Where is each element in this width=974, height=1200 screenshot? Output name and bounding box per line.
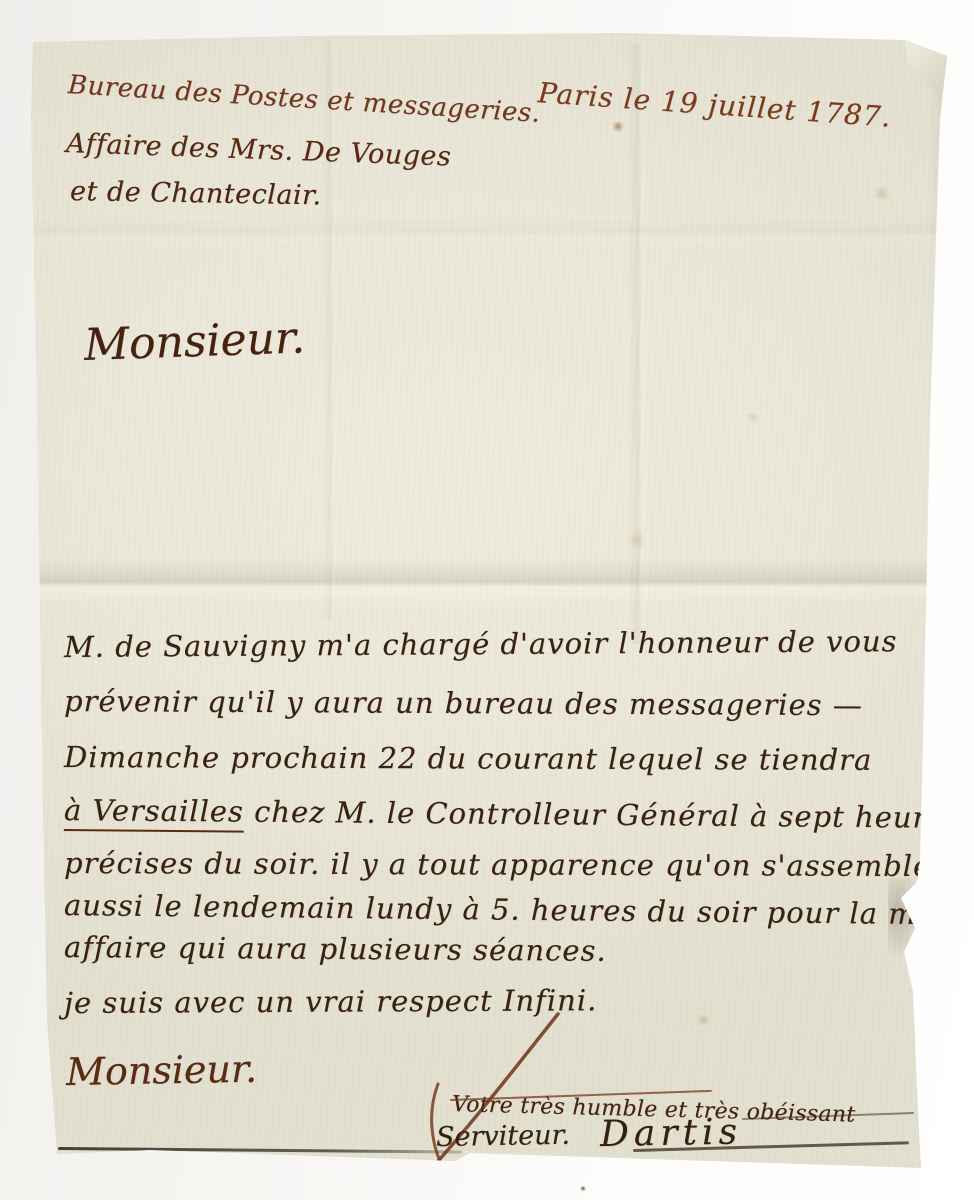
body-line-3: Dimanche prochain 22 du courant lequel s… <box>64 740 872 777</box>
scan-background: Bureau des Postes et messageries. Affair… <box>0 0 974 1200</box>
body-line-4: à Versailles chez M. le Controlleur Géné… <box>64 793 962 835</box>
closing-monsieur: Monsieur. <box>66 1047 258 1094</box>
background-speck <box>580 1186 586 1191</box>
body-line-7: affaire qui aura plusieurs séances. <box>64 930 607 968</box>
salutation: Monsieur. <box>83 312 306 371</box>
stain-spot <box>746 412 761 424</box>
body-line-2: prévenir qu'il y aura un bureau des mess… <box>64 684 863 722</box>
stain-spot <box>626 532 648 549</box>
bottom-fold-shadow <box>58 1147 462 1154</box>
body-line-1: M. de Sauvigny m'a chargé d'avoir l'honn… <box>64 624 898 664</box>
header-note-line-2: Affaire des Mrs. De Vouges <box>65 128 451 172</box>
body-line-4-rest: chez M. le Controlleur Général à sept he… <box>244 795 962 835</box>
fold-crease-vertical-right <box>628 44 650 644</box>
fold-crease-vertical-left <box>322 40 340 620</box>
fold-crease-horizontal-upper <box>0 218 974 248</box>
valediction-line-2: Serviteur. <box>436 1120 571 1153</box>
body-line-6: aussi le lendemain lundy à 5. heures du … <box>64 888 974 932</box>
versailles-underlined-text: à Versailles <box>64 793 244 833</box>
stain-spot <box>872 186 892 201</box>
fold-crease-horizontal <box>0 558 974 604</box>
header-note-line-3: et de Chanteclair. <box>70 176 322 211</box>
stain-spot <box>696 1014 711 1026</box>
header-note-line-1: Bureau des Postes et messageries. <box>67 70 541 129</box>
letter-paper: Bureau des Postes et messageries. Affair… <box>0 0 974 1200</box>
stain-spot <box>612 121 624 132</box>
dateline: Paris le 19 juillet 1787. <box>537 76 893 134</box>
dog-ear-fold <box>903 38 949 100</box>
body-line-5: précises du soir. il y a tout apparence … <box>64 846 964 883</box>
